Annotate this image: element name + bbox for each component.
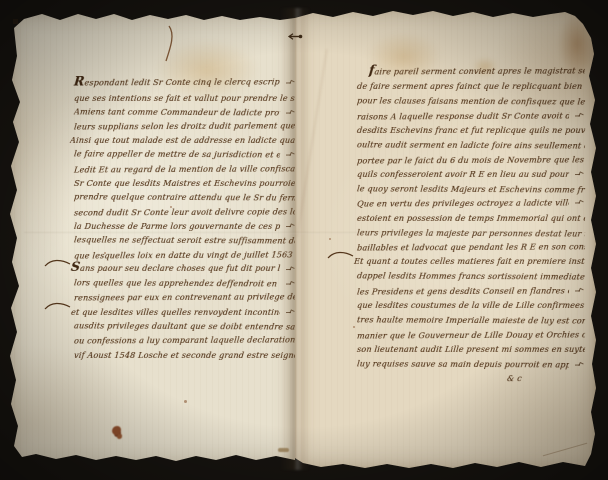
ink-speck bbox=[104, 252, 106, 254]
handwritten-text: estoient en possession de temps Immemori… bbox=[357, 214, 586, 223]
left-page: Respondant ledit Sr Conte cinq le clercq… bbox=[8, 10, 295, 468]
right-page-text-block: faire pareil serment convient apres le m… bbox=[357, 62, 585, 383]
stray-pen-stroke bbox=[160, 24, 184, 68]
manuscript-line: Respondant ledit Sr Conte cinq le clercq… bbox=[74, 73, 296, 88]
manuscript-line: lesquelles ne seffectuat seroit estre su… bbox=[74, 231, 296, 246]
line-filler-dash bbox=[286, 282, 294, 286]
manuscript-line: estoient en possession de temps Immemori… bbox=[357, 208, 585, 223]
paper-fiber-line bbox=[543, 443, 587, 457]
line-filler-dash bbox=[575, 200, 583, 204]
manuscript-line: luy requises sauve sa main depuis pourro… bbox=[357, 353, 585, 369]
handwritten-text: son lieutenant audit Lille present mi so… bbox=[357, 345, 586, 354]
line-filler-dash bbox=[575, 172, 583, 176]
manuscript-line: Amiens tant comme Commandeur de ladicte … bbox=[74, 102, 296, 117]
manuscript-line: Ainsi que tout malade est de addresse en… bbox=[70, 131, 296, 145]
crease-line bbox=[296, 49, 328, 237]
manuscript-line: oultre audit serment en ladicte foire ai… bbox=[357, 134, 585, 150]
manuscript-line: Et quant a toutes celles matieres fait e… bbox=[357, 252, 585, 267]
manuscript-line: la Duchesse de Parme lors gouvernante de… bbox=[74, 217, 296, 231]
manuscript-line: le faire appeller de mettre de sa jurisd… bbox=[74, 145, 296, 160]
line-filler-dash bbox=[286, 310, 294, 314]
line-filler-dash bbox=[286, 224, 294, 228]
handwritten-text: Respondant ledit Sr Conte cinq le clercq… bbox=[73, 73, 280, 89]
manuscript-line: le quoy seront lesdits Majeurs et Eschev… bbox=[357, 178, 585, 194]
right-page: faire pareil serment convient apres le m… bbox=[295, 6, 596, 470]
manuscript-line: prendre quelque contraire attendu que le… bbox=[74, 188, 296, 203]
line-filler-dash bbox=[575, 113, 583, 117]
manuscript-scan: Respondant ledit Sr Conte cinq le clercq… bbox=[0, 0, 608, 480]
ink-speck bbox=[353, 326, 355, 328]
manuscript-line: second dudit Sr Conte leur avoit delivre… bbox=[74, 202, 296, 217]
line-filler-dash bbox=[575, 362, 583, 366]
manuscript-line: vif Aoust 1548 Losche et seconde grand e… bbox=[74, 346, 296, 360]
manuscript-line: Sr Conte que lesdits Maistres et Eschevi… bbox=[74, 174, 296, 188]
line-filler-dash bbox=[575, 288, 583, 292]
manuscript-line: baillables et ladvocat que pendant les R… bbox=[357, 237, 585, 253]
manuscript-line: Ledit Et au regard de la mention de la v… bbox=[74, 159, 296, 174]
manuscript-line: renssignees par eux en contrevenant au p… bbox=[74, 288, 296, 303]
ink-speck bbox=[184, 400, 187, 403]
ink-speck bbox=[329, 238, 331, 240]
handwritten-text: quils confesseroient avoir R E en lieu a… bbox=[357, 170, 570, 179]
line-filler-dash bbox=[286, 153, 294, 157]
manuscript-line: leurs privileges la majeste par personne… bbox=[357, 222, 585, 238]
manuscript-line: desdits Eschevins franc et fut replicque… bbox=[357, 120, 585, 135]
line-filler-dash bbox=[286, 110, 294, 114]
manuscript-line: que ses intentions se fait et vallut pou… bbox=[74, 88, 296, 102]
manuscript-line: ou confessions a luy comparant laquelle … bbox=[74, 331, 296, 346]
manuscript-line: et que lesdites villes quelles renvoyden… bbox=[74, 303, 296, 317]
line-filler-dash bbox=[286, 81, 294, 85]
handwritten-text: faire pareil serment convient apres le m… bbox=[368, 61, 585, 77]
manuscript-line: & c bbox=[507, 368, 585, 383]
fold-bottom-mark bbox=[278, 448, 289, 452]
pen-swash bbox=[327, 245, 354, 264]
ink-speck bbox=[170, 206, 172, 208]
manuscript-line: Que en vertu des privileges octroyez a l… bbox=[357, 193, 585, 209]
manuscript-line: que lesdites coustumes de la ville de Li… bbox=[357, 296, 585, 311]
manuscript-line: raisons A laquelle response dudit Sr Con… bbox=[357, 105, 585, 121]
ink-arrow-mark-icon bbox=[287, 26, 305, 45]
corner-square-mark bbox=[13, 19, 18, 24]
ink-blot bbox=[112, 426, 121, 435]
manuscript-line: quils confesseroient avoir R E en lieu a… bbox=[357, 164, 585, 179]
manuscript-line: son lieutenant audit Lille present mi so… bbox=[357, 339, 585, 354]
manuscript-line: les Presidens et gens desdits Conseil en… bbox=[357, 280, 585, 296]
handwritten-text: que ses intentions se fait et vallut pou… bbox=[74, 94, 297, 103]
manuscript-line: faire pareil serment convient apres le m… bbox=[369, 61, 585, 77]
manuscript-line: leurs supplians selon les droitz dudit p… bbox=[74, 116, 296, 131]
manuscript-line: Sans paour seu declare choses que fut di… bbox=[74, 260, 296, 274]
handwritten-text: vif Aoust 1548 Losche et seconde grand e… bbox=[74, 351, 297, 360]
handwritten-text: & c bbox=[507, 374, 523, 383]
manuscript-line: tres haulte memoire Imperialle maieste d… bbox=[357, 309, 585, 325]
manuscript-line: de faire serment apres fainct que le rep… bbox=[357, 77, 585, 92]
manuscript-line: dappel lesdits Hommes francs sortissoien… bbox=[357, 266, 585, 282]
manuscript-line: portee par le faict du 6 du mois de Nove… bbox=[357, 149, 585, 165]
pen-swash bbox=[44, 253, 71, 272]
left-page-text-block: Respondant ledit Sr Conte cinq le clercq… bbox=[74, 74, 296, 360]
handwritten-text: Sans paour seu declare choses que fut di… bbox=[70, 259, 281, 274]
manuscript-line: manier que le Gouverneur de Lille Douay … bbox=[357, 324, 585, 340]
manuscript-line: pour les clauses faisans mention de conf… bbox=[357, 91, 585, 107]
line-filler-dash bbox=[286, 267, 294, 271]
pen-swash bbox=[44, 296, 71, 315]
